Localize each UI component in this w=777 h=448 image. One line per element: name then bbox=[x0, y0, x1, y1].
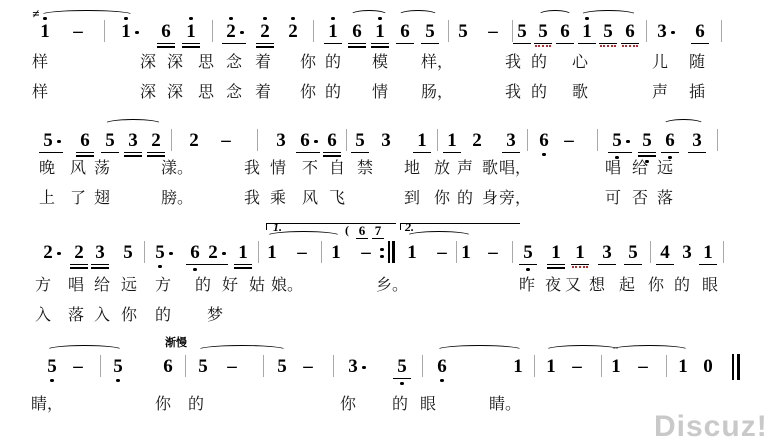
note: 2 bbox=[151, 131, 161, 150]
lyric-syllable: 思 bbox=[198, 55, 214, 71]
sheet-music-page: Discuz! ≠1–161222161655–55615636样深深思念着你的… bbox=[0, 0, 777, 448]
repeat-dot bbox=[380, 248, 383, 251]
lyric-syllable: 着 bbox=[255, 55, 271, 71]
lyric-syllable: 眼 bbox=[420, 397, 436, 413]
dash-note: – bbox=[73, 357, 83, 376]
barline bbox=[263, 355, 264, 377]
note: 3 bbox=[602, 243, 612, 262]
lyric-syllable: 样， bbox=[421, 55, 453, 71]
lyric-syllable: 随 bbox=[689, 55, 705, 71]
note: 6 bbox=[400, 22, 410, 41]
note: 3 bbox=[276, 131, 286, 150]
octave-dot bbox=[400, 382, 403, 385]
volta-bracket-tick bbox=[400, 223, 401, 230]
note: 1 bbox=[186, 22, 196, 41]
octave-dot bbox=[668, 156, 671, 159]
note: 2 bbox=[189, 131, 199, 150]
lyric-syllable: 膀。 bbox=[161, 191, 193, 207]
note: 6 bbox=[352, 22, 362, 41]
lyric-syllable: 娘。 bbox=[271, 278, 303, 294]
barline bbox=[212, 20, 213, 42]
slur-arc bbox=[350, 10, 388, 20]
barline bbox=[258, 241, 259, 263]
note-underline bbox=[157, 43, 175, 45]
lyric-syllable: 深 bbox=[140, 55, 156, 71]
barline bbox=[104, 20, 105, 42]
note: 6 bbox=[80, 131, 90, 150]
note-underline bbox=[547, 267, 565, 269]
note-underline bbox=[70, 267, 88, 269]
barline bbox=[597, 129, 598, 151]
barline bbox=[512, 20, 513, 42]
note: 1 bbox=[546, 357, 556, 376]
note-underline bbox=[256, 46, 274, 48]
lyric-syllable: 自 bbox=[329, 161, 345, 177]
barline bbox=[333, 355, 334, 377]
cue-paren: ( bbox=[345, 224, 349, 236]
lyric-syllable: 睛。 bbox=[489, 397, 521, 413]
dash-note: – bbox=[361, 243, 371, 262]
lyric-syllable: 儿 bbox=[652, 55, 668, 71]
note-underline bbox=[70, 264, 88, 266]
lyric-syllable: 肠， bbox=[421, 85, 453, 101]
note: 5 bbox=[105, 131, 115, 150]
dash-note: – bbox=[221, 131, 231, 150]
tempo-marking: 渐慢 bbox=[165, 338, 187, 349]
barline bbox=[717, 129, 718, 151]
red-mark bbox=[622, 45, 638, 47]
final-barline-thick bbox=[737, 354, 740, 380]
dash-note: – bbox=[572, 357, 582, 376]
lyric-syllable: 的 bbox=[325, 85, 341, 101]
note-underline bbox=[348, 46, 366, 48]
lyric-syllable: 落 bbox=[68, 308, 84, 324]
lyric-syllable: 梦 bbox=[207, 308, 223, 324]
slur-arc bbox=[663, 119, 704, 129]
lyric-syllable: 的 bbox=[392, 397, 408, 413]
note: 2 bbox=[288, 22, 298, 41]
lyric-syllable: 的 bbox=[188, 397, 204, 413]
lyric-syllable: 的 bbox=[155, 308, 171, 324]
lyric-syllable: 歌 bbox=[482, 161, 498, 177]
note-underline bbox=[76, 155, 94, 157]
note-underline bbox=[413, 152, 431, 154]
lyric-syllable: 歌 bbox=[572, 85, 588, 101]
lyric-syllable: 的 bbox=[457, 191, 473, 207]
octave-dot bbox=[116, 379, 119, 382]
note-underline bbox=[691, 43, 709, 45]
barline bbox=[313, 20, 314, 42]
lyric-syllable: 你 bbox=[648, 278, 664, 294]
lyric-syllable: 入 bbox=[35, 308, 51, 324]
lyric-syllable: 你 bbox=[340, 397, 356, 413]
octave-dot bbox=[440, 379, 443, 382]
note: 2 bbox=[260, 22, 270, 41]
lyric-syllable: 方 bbox=[35, 278, 51, 294]
dash-note: – bbox=[73, 22, 83, 41]
note-underline bbox=[547, 264, 565, 266]
note: 2 bbox=[208, 243, 218, 262]
lyric-syllable: 唱， bbox=[499, 161, 531, 177]
lyric-syllable: 深 bbox=[167, 55, 183, 71]
octave-dot bbox=[229, 17, 232, 20]
note: 5 bbox=[113, 357, 123, 376]
note: 5 bbox=[198, 357, 208, 376]
note-underline bbox=[502, 152, 520, 154]
augmentation-dot bbox=[240, 31, 243, 34]
octave-dot bbox=[50, 379, 53, 382]
lyric-syllable: 唱 bbox=[605, 161, 621, 177]
volta-bracket-line bbox=[400, 223, 520, 224]
note: 2 bbox=[74, 243, 84, 262]
note: 5 bbox=[642, 131, 652, 150]
dash-note: – bbox=[564, 131, 574, 150]
barline bbox=[534, 355, 535, 377]
note: 1 bbox=[582, 22, 592, 41]
lyric-syllable: 你 bbox=[434, 191, 450, 207]
note: 2 bbox=[226, 22, 236, 41]
note-underline bbox=[624, 264, 642, 266]
lyric-syllable: 禁 bbox=[357, 161, 373, 177]
note-underline bbox=[599, 43, 617, 45]
lyric-syllable: 地 bbox=[404, 161, 420, 177]
note: 1 bbox=[703, 243, 713, 262]
lyric-syllable: 念 bbox=[226, 85, 242, 101]
lyric-syllable: 睛， bbox=[31, 397, 63, 413]
note: 1 bbox=[238, 243, 248, 262]
augmentation-dot bbox=[135, 31, 138, 34]
note-underline bbox=[76, 152, 94, 154]
note: 7 bbox=[375, 224, 382, 237]
note-underline bbox=[393, 378, 411, 380]
note: 1 bbox=[331, 243, 341, 262]
note: 6 bbox=[190, 243, 200, 262]
lyric-syllable: 你 bbox=[300, 55, 316, 71]
note: 5 bbox=[628, 243, 638, 262]
lyric-syllable: 夜 bbox=[545, 278, 561, 294]
note-underline bbox=[204, 264, 228, 266]
lyric-syllable: 思 bbox=[198, 85, 214, 101]
note: 5 bbox=[458, 22, 468, 41]
note-underline bbox=[124, 155, 142, 157]
note: 5 bbox=[517, 22, 527, 41]
barline bbox=[723, 241, 724, 263]
lyric-syllable: 声 bbox=[457, 161, 473, 177]
lyric-syllable: 我 bbox=[505, 55, 521, 71]
augmentation-dot bbox=[362, 366, 365, 369]
barline bbox=[257, 129, 258, 151]
note-underline bbox=[519, 264, 537, 266]
note: 5 bbox=[397, 357, 407, 376]
lyric-syllable: 你 bbox=[121, 308, 137, 324]
octave-dot bbox=[291, 17, 294, 20]
slur-arc bbox=[104, 119, 162, 129]
volta-label: 2. bbox=[405, 221, 414, 233]
discuz-watermark: Discuz! bbox=[654, 412, 768, 442]
note: 6 bbox=[359, 224, 366, 237]
lyric-syllable: 想 bbox=[589, 278, 605, 294]
note-underline bbox=[699, 264, 717, 266]
octave-dot bbox=[263, 17, 266, 20]
note-underline bbox=[157, 46, 175, 48]
augmentation-dot bbox=[169, 252, 172, 255]
volta-bracket-line bbox=[266, 223, 396, 224]
note-underline bbox=[296, 152, 320, 154]
augmentation-dot bbox=[314, 140, 317, 143]
lyric-syllable: 漾。 bbox=[161, 161, 193, 177]
octave-dot bbox=[189, 17, 192, 20]
lyric-syllable: 你 bbox=[155, 397, 171, 413]
volta-label: 1. bbox=[273, 221, 282, 233]
note: 1 bbox=[40, 22, 50, 41]
barline bbox=[185, 355, 186, 377]
lyric-syllable: 着 bbox=[255, 85, 271, 101]
lyric-syllable: 的 bbox=[674, 278, 690, 294]
slur-arc bbox=[538, 10, 572, 20]
lyric-syllable: 深 bbox=[167, 85, 183, 101]
note: 3 bbox=[692, 131, 702, 150]
lyric-syllable: 好 bbox=[222, 278, 238, 294]
note: 6 bbox=[300, 131, 310, 150]
octave-dot bbox=[331, 17, 334, 20]
note-underline bbox=[638, 152, 656, 154]
lyric-syllable: 旁， bbox=[499, 191, 531, 207]
octave-dot bbox=[615, 156, 618, 159]
lyric-syllable: 远 bbox=[121, 278, 137, 294]
lyric-syllable: 模 bbox=[372, 55, 388, 71]
lyric-syllable: 飞 bbox=[329, 191, 345, 207]
note: 6 bbox=[665, 131, 675, 150]
dash-note: – bbox=[437, 243, 447, 262]
note-underline bbox=[256, 43, 274, 45]
note-underline bbox=[598, 264, 616, 266]
note: 6 bbox=[539, 131, 549, 150]
augmentation-dot bbox=[222, 252, 225, 255]
dash-note: – bbox=[638, 357, 648, 376]
repeat-barline-thin bbox=[388, 241, 390, 263]
volta-bracket-tick bbox=[266, 223, 267, 230]
dash-note: – bbox=[488, 243, 498, 262]
note: 3 bbox=[95, 243, 105, 262]
note: 6 bbox=[695, 22, 705, 41]
lyric-syllable: 深 bbox=[140, 85, 156, 101]
note-underline bbox=[534, 43, 552, 45]
note-underline bbox=[556, 43, 574, 45]
lyric-syllable: 荡 bbox=[94, 161, 110, 177]
lyric-syllable: 心 bbox=[572, 55, 588, 71]
note-underline bbox=[182, 46, 200, 48]
note: 6 bbox=[327, 131, 337, 150]
lyric-syllable: 昨 bbox=[519, 278, 535, 294]
dash-note: – bbox=[488, 22, 498, 41]
barline bbox=[100, 355, 101, 377]
note-underline bbox=[91, 267, 109, 269]
lyric-syllable: 你 bbox=[300, 85, 316, 101]
note-underline bbox=[578, 43, 596, 45]
red-mark bbox=[535, 45, 551, 47]
barline bbox=[646, 20, 647, 42]
lyric-syllable: 我 bbox=[505, 85, 521, 101]
note: 6 bbox=[161, 22, 171, 41]
lyric-syllable: 声 bbox=[652, 85, 668, 101]
augmentation-dot bbox=[626, 140, 629, 143]
lyric-syllable: 的 bbox=[531, 55, 547, 71]
lyric-syllable: 可 bbox=[605, 191, 621, 207]
repeat-dot bbox=[380, 255, 383, 258]
slur-arc bbox=[406, 231, 472, 241]
note: 1 bbox=[121, 22, 131, 41]
note-underline bbox=[186, 264, 204, 266]
lyric-syllable: 放 bbox=[434, 161, 450, 177]
note: 5 bbox=[425, 22, 435, 41]
note: 1 bbox=[375, 22, 385, 41]
note-underline bbox=[323, 152, 341, 154]
barline bbox=[601, 355, 602, 377]
barline bbox=[346, 129, 347, 151]
barline bbox=[422, 355, 423, 377]
lyric-syllable: 的 bbox=[531, 85, 547, 101]
lyric-syllable: 到 bbox=[404, 191, 420, 207]
note: 6 bbox=[625, 22, 635, 41]
lyric-syllable: 风 bbox=[302, 191, 318, 207]
note: 1 bbox=[447, 131, 457, 150]
lyric-syllable: 我 bbox=[244, 191, 260, 207]
note: 2 bbox=[43, 243, 53, 262]
note: 1 bbox=[267, 243, 277, 262]
lyric-syllable: 的 bbox=[325, 55, 341, 71]
barline bbox=[721, 20, 722, 42]
barline bbox=[666, 355, 667, 377]
note-underline bbox=[101, 152, 119, 154]
augmentation-dot bbox=[57, 140, 60, 143]
lyric-syllable: 不 bbox=[302, 161, 318, 177]
note: 5 bbox=[123, 243, 133, 262]
slur-arc bbox=[40, 10, 134, 20]
lyric-syllable: 唱 bbox=[68, 278, 84, 294]
barline bbox=[171, 129, 172, 151]
barline bbox=[456, 241, 457, 263]
note-underline bbox=[39, 152, 63, 154]
lyric-syllable: 身 bbox=[482, 191, 498, 207]
lyric-syllable: 起 bbox=[619, 278, 635, 294]
note-underline bbox=[351, 152, 369, 154]
octave-dot bbox=[526, 268, 529, 271]
lyric-syllable: 否 bbox=[632, 191, 648, 207]
octave-dot bbox=[193, 268, 196, 271]
note: 1 bbox=[611, 357, 621, 376]
barline bbox=[321, 241, 322, 263]
note: 3 bbox=[348, 357, 358, 376]
barline bbox=[650, 241, 651, 263]
note-underline bbox=[656, 264, 674, 266]
note-underline bbox=[443, 152, 461, 154]
note: 3 bbox=[657, 22, 667, 41]
note-underline bbox=[234, 267, 252, 269]
note-underline bbox=[638, 155, 656, 157]
lyric-syllable: 远 bbox=[657, 161, 673, 177]
lyric-syllable: 落 bbox=[657, 191, 673, 207]
note: 5 bbox=[155, 243, 165, 262]
lyric-syllable: 给 bbox=[94, 278, 110, 294]
barline bbox=[437, 129, 438, 151]
note-underline bbox=[147, 155, 165, 157]
note-underline bbox=[124, 152, 142, 154]
note: 4 bbox=[660, 243, 670, 262]
note: 6 bbox=[560, 22, 570, 41]
note-underline bbox=[621, 43, 639, 45]
augmentation-dot bbox=[671, 31, 674, 34]
note: 0 bbox=[703, 357, 713, 376]
note-underline bbox=[234, 264, 252, 266]
lyric-syllable: 又 bbox=[565, 278, 581, 294]
lyric-syllable: 我 bbox=[244, 161, 260, 177]
note-underline bbox=[571, 264, 589, 266]
note: 6 bbox=[437, 357, 447, 376]
note-underline bbox=[661, 152, 679, 154]
dash-note: – bbox=[303, 357, 313, 376]
note: 5 bbox=[538, 22, 548, 41]
note-underline bbox=[182, 43, 200, 45]
note: 1 bbox=[461, 243, 471, 262]
note: 1 bbox=[417, 131, 427, 150]
note-underline bbox=[356, 238, 368, 240]
lyric-syllable: 情 bbox=[270, 161, 286, 177]
note-underline bbox=[324, 43, 342, 45]
red-mark bbox=[572, 266, 588, 268]
lyric-syllable: 了 bbox=[70, 191, 86, 207]
slur-arc bbox=[197, 345, 287, 355]
lyric-syllable: 上 bbox=[39, 191, 55, 207]
note: 1 bbox=[551, 243, 561, 262]
note: 5 bbox=[355, 131, 365, 150]
lyric-syllable: 念 bbox=[226, 55, 242, 71]
note: 3 bbox=[128, 131, 138, 150]
lyric-syllable: 眼 bbox=[702, 278, 718, 294]
barline bbox=[512, 241, 513, 263]
slur-arc bbox=[46, 345, 123, 355]
lyric-syllable: 情 bbox=[372, 85, 388, 101]
dash-note: – bbox=[227, 357, 237, 376]
note: 3 bbox=[682, 243, 692, 262]
note: 5 bbox=[523, 243, 533, 262]
augmentation-dot bbox=[57, 252, 60, 255]
lyric-syllable: 风 bbox=[70, 161, 86, 177]
note: 6 bbox=[163, 357, 173, 376]
slur-arc bbox=[610, 345, 689, 355]
note: 3 bbox=[506, 131, 516, 150]
stray-mark: ≠ bbox=[32, 7, 39, 20]
note-underline bbox=[421, 43, 439, 45]
dash-note: – bbox=[297, 243, 307, 262]
note: 1 bbox=[575, 243, 585, 262]
note-underline bbox=[688, 152, 706, 154]
note-underline bbox=[396, 43, 414, 45]
note: 1 bbox=[328, 22, 338, 41]
note-underline bbox=[147, 152, 165, 154]
lyric-syllable: 插 bbox=[689, 85, 705, 101]
slur-arc bbox=[436, 345, 523, 355]
lyric-syllable: 的 bbox=[195, 278, 211, 294]
octave-dot bbox=[158, 265, 161, 268]
note: 5 bbox=[612, 131, 622, 150]
lyric-syllable: 乡。 bbox=[376, 278, 408, 294]
note: 1 bbox=[678, 357, 688, 376]
barline bbox=[448, 20, 449, 42]
lyric-syllable: 晚 bbox=[39, 161, 55, 177]
note: 1 bbox=[407, 243, 417, 262]
note-underline bbox=[513, 43, 531, 45]
note-underline bbox=[371, 46, 389, 48]
